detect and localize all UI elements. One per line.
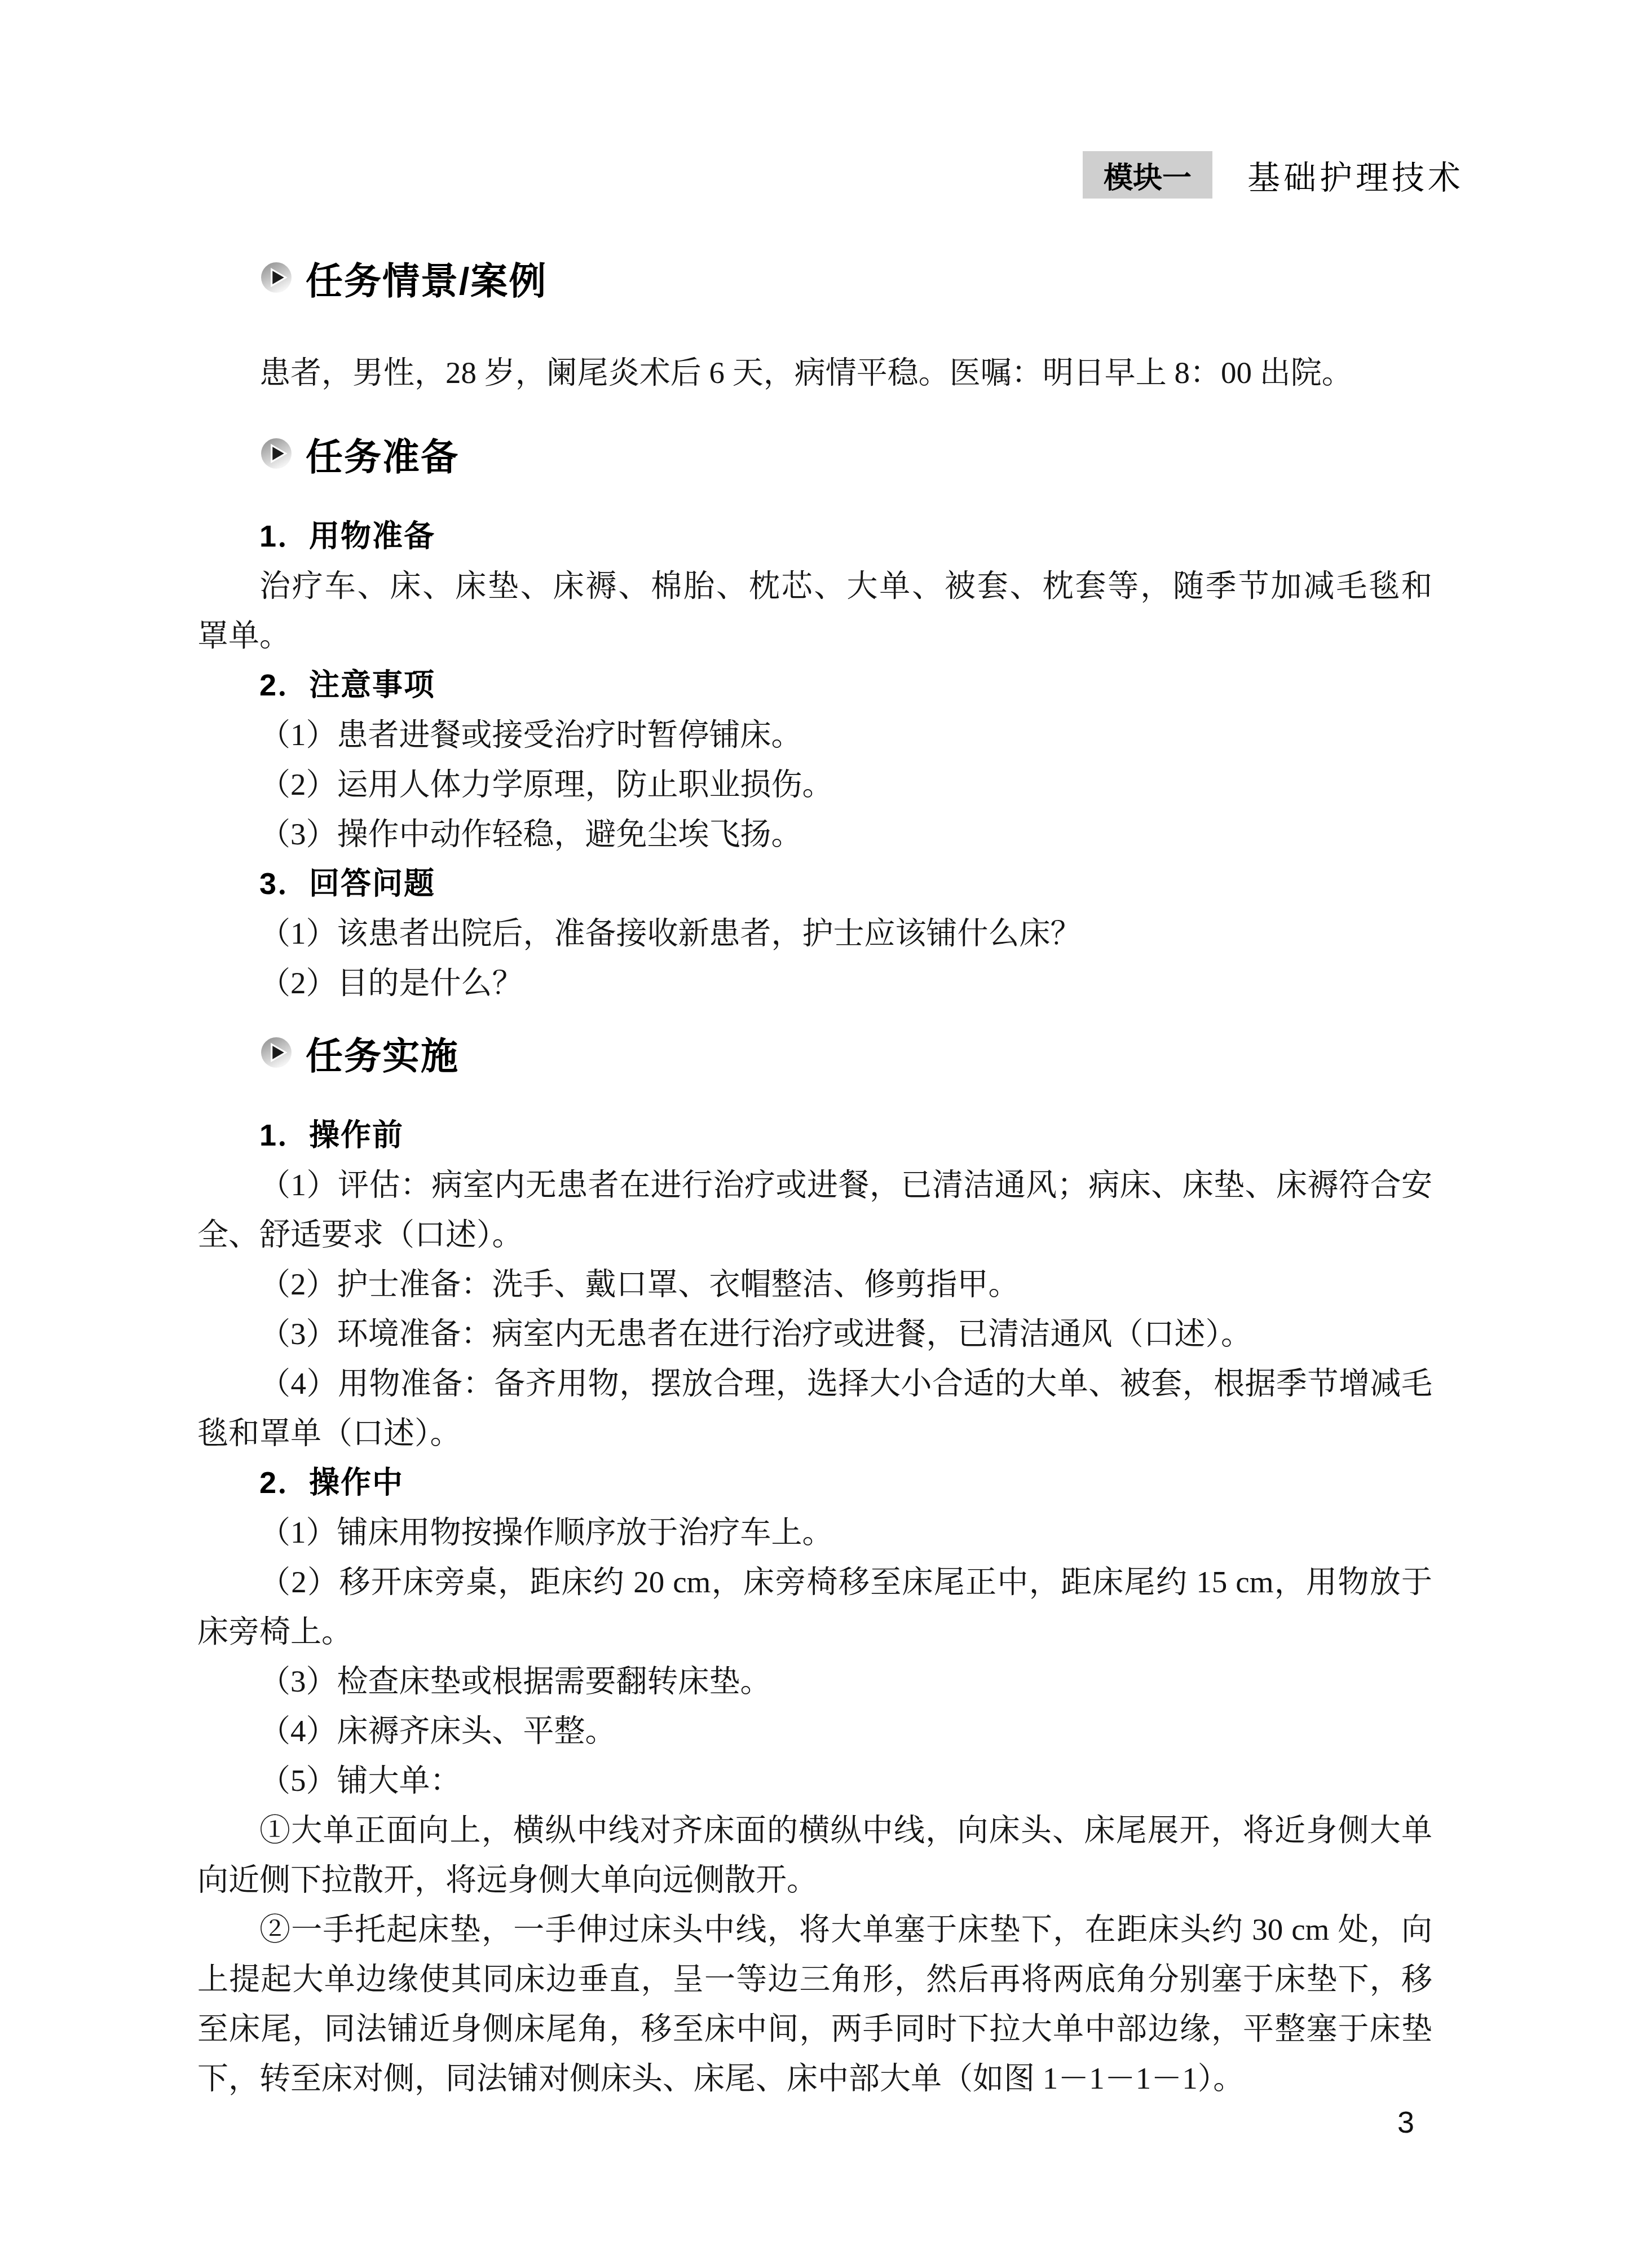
text-line: （2）移开床旁桌，距床约 20 cm，床旁椅移至床尾正中，距床尾约 15 cm，… bbox=[197, 1564, 1432, 1601]
play-icon bbox=[261, 1037, 292, 1068]
module-badge: 模块一 bbox=[1083, 151, 1212, 199]
play-icon bbox=[261, 438, 292, 469]
subheading: 2．操作中 bbox=[197, 1464, 1432, 1501]
text-line: （1）患者进餐或接受治疗时暂停铺床。 bbox=[197, 716, 1432, 754]
page-number: 3 bbox=[1397, 2105, 1414, 2140]
section-title: 任务实施 bbox=[306, 1026, 459, 1080]
text-line: （2）护士准备：洗手、戴口罩、衣帽整洁、修剪指甲。 bbox=[197, 1266, 1432, 1303]
text-line: （1）铺床用物按操作顺序放于治疗车上。 bbox=[197, 1514, 1432, 1551]
text-line: （4）床褥齐床头、平整。 bbox=[197, 1712, 1432, 1750]
text-line: （2）目的是什么？ bbox=[197, 965, 1432, 1002]
page: 模块一 基础护理技术 任务情景/案例 患者，男性，28 岁，阑尾炎术后 6 天，… bbox=[0, 0, 1628, 2268]
text-line: （2）运用人体力学原理，防止职业损伤。 bbox=[197, 766, 1432, 803]
text-line: 患者，男性，28 岁，阑尾炎术后 6 天，病情平稳。医嘱：明日早上 8：00 出… bbox=[197, 354, 1432, 391]
text-line: 至床尾，同法铺近身侧床尾角，移至床中间，两手同时下拉大单中部边缘，平整塞于床垫 bbox=[197, 2010, 1432, 2047]
text-line: 毯和罩单（口述）。 bbox=[197, 1415, 1432, 1452]
play-icon bbox=[261, 262, 292, 293]
text-line: （1）该患者出院后，准备接收新患者，护士应该铺什么床？ bbox=[197, 915, 1432, 952]
text-line: （3）环境准备：病室内无患者在进行治疗或进餐，已清洁通风（口述）。 bbox=[197, 1315, 1432, 1353]
text-line: 下，转至床对侧，同法铺对侧床头、床尾、床中部大单（如图 1－1－1－1）。 bbox=[197, 2060, 1432, 2097]
text-line: （3）检查床垫或根据需要翻转床垫。 bbox=[197, 1663, 1432, 1700]
text-line: （4）用物准备：备齐用物，摆放合理，选择大小合适的大单、被套，根据季节增减毛 bbox=[197, 1365, 1432, 1402]
section-title: 任务情景/案例 bbox=[306, 251, 547, 305]
text-line: 向近侧下拉散开，将远身侧大单向远侧散开。 bbox=[197, 1861, 1432, 1899]
text-line: （5）铺大单： bbox=[197, 1762, 1432, 1799]
section-heading-case: 任务情景/案例 bbox=[261, 257, 547, 298]
text-line: ①大单正面向上，横纵中线对齐床面的横纵中线，向床头、床尾展开，将近身侧大单 bbox=[197, 1812, 1432, 1849]
text-line: 罩单。 bbox=[197, 617, 1432, 654]
module-title: 基础护理技术 bbox=[1247, 157, 1464, 193]
text-line: 全、舒适要求（口述）。 bbox=[197, 1216, 1432, 1253]
text-line: 治疗车、床、床垫、床褥、棉胎、枕芯、大单、被套、枕套等，随季节加减毛毯和 bbox=[197, 567, 1432, 605]
section-heading-implement: 任务实施 bbox=[261, 1032, 459, 1073]
text-line: 上提起大单边缘使其同床边垂直，呈一等边三角形，然后再将两底角分别塞于床垫下，移 bbox=[197, 1961, 1432, 1998]
text-line: （1）评估：病室内无患者在进行治疗或进餐，已清洁通风；病床、床垫、床褥符合安 bbox=[197, 1166, 1432, 1204]
subheading: 1．操作前 bbox=[197, 1117, 1432, 1154]
section-title: 任务准备 bbox=[306, 427, 459, 481]
text-line: （3）操作中动作轻稳，避免尘埃飞扬。 bbox=[197, 816, 1432, 853]
text-line: 床旁椅上。 bbox=[197, 1613, 1432, 1650]
subheading: 1．用物准备 bbox=[197, 518, 1432, 555]
subheading: 3．回答问题 bbox=[197, 865, 1432, 902]
text-line: ②一手托起床垫，一手伸过床头中线，将大单塞于床垫下，在距床头约 30 cm 处，… bbox=[197, 1911, 1432, 1948]
subheading: 2．注意事项 bbox=[197, 667, 1432, 704]
section-heading-prep: 任务准备 bbox=[261, 433, 459, 474]
